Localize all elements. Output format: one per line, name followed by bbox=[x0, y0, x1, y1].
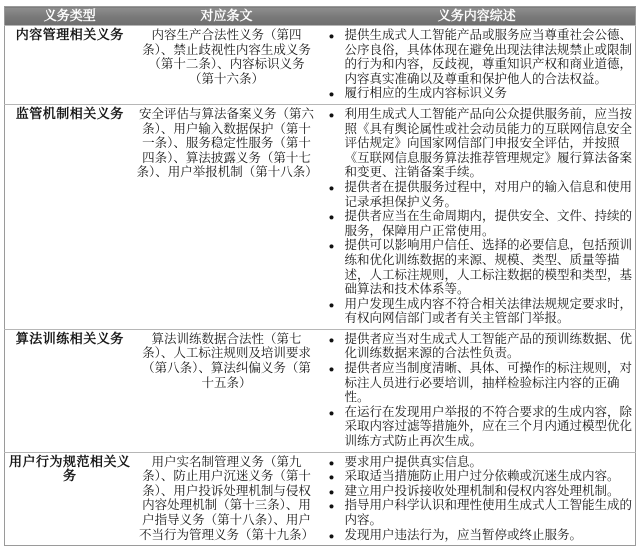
obligations-table-container: 义务类型 对应条文 义务内容综述 内容管理相关义务 内容生产合法性义务（第四条）… bbox=[4, 6, 636, 546]
summary-bullet: 发现用户违法行为，应当暂停或终止服务。 bbox=[319, 528, 633, 543]
summary-bullet: 建立用户投诉接收处理机制和侵权内容处理机制。 bbox=[319, 484, 633, 499]
bullet-text: 要求用户提供真实信息。 bbox=[345, 455, 483, 469]
bullet-icon bbox=[325, 107, 339, 124]
bullet-text: 提供者在提供服务过程中，对用户的输入信息和使用记录承担保护义务。 bbox=[345, 180, 633, 209]
summary-bullet: 在运行在发现用户举报的不符合要求的生成内容，除采取内容过滤等措施外，应在三个月内… bbox=[319, 405, 633, 449]
summary-cell: 利用生成式人工智能产品向公众提供服务前，应当按照《具有舆论属性或社会动员能力的互… bbox=[319, 104, 636, 329]
summary-bullet: 提供可以影响用户信任、选择的必要信息，包括预训练和优化训练数据的来源、规模、类型… bbox=[319, 238, 633, 296]
bullet-text: 发现用户违法行为，应当暂停或终止服务。 bbox=[345, 528, 583, 542]
bullet-icon bbox=[325, 209, 339, 226]
bullet-icon bbox=[325, 238, 339, 255]
summary-cell: 提供生成式人工智能产品或服务应当尊重社会公德、公序良俗，具体体现在避免出现法律法… bbox=[319, 26, 636, 105]
summary-cell: 要求用户提供真实信息。 采取适当措施防止用户过分依赖或沉迷生成内容。 建立用户投… bbox=[319, 452, 636, 546]
bullet-icon bbox=[325, 297, 339, 314]
bullet-text: 采取适当措施防止用户过分依赖或沉迷生成内容。 bbox=[345, 469, 620, 483]
bullet-icon bbox=[325, 528, 339, 545]
bullet-icon bbox=[325, 86, 339, 103]
summary-bullet: 提供者应当在生命周期内，提供安全、文件、持续的服务，保障用户正常使用。 bbox=[319, 209, 633, 238]
table-row: 监管机制相关义务 安全评估与算法备案义务（第六条）、用户输入数据保护（第十一条）… bbox=[5, 104, 636, 329]
column-header-summary: 义务内容综述 bbox=[319, 7, 636, 26]
bullet-text: 提供者应当在生命周期内，提供安全、文件、持续的服务，保障用户正常使用。 bbox=[345, 209, 633, 238]
summary-bullet-list: 要求用户提供真实信息。 采取适当措施防止用户过分依赖或沉迷生成内容。 建立用户投… bbox=[319, 455, 633, 543]
summary-bullet: 利用生成式人工智能产品向公众提供服务前，应当按照《具有舆论属性或社会动员能力的互… bbox=[319, 107, 633, 180]
summary-cell: 提供者应当对生成式人工智能产品的预训练数据、优化训练数据来源的合法性负责。 提供… bbox=[319, 329, 636, 452]
provisions-cell: 算法训练数据合法性（第七条）、人工标注规则及培训要求（第八条）、算法纠偏义务（第… bbox=[135, 329, 319, 452]
summary-bullet: 提供生成式人工智能产品或服务应当尊重社会公德、公序良俗，具体体现在避免出现法律法… bbox=[319, 28, 633, 86]
provisions-cell: 内容生产合法性义务（第四条）、禁止歧视性内容生成义务（第十二条）、内容标识义务（… bbox=[135, 26, 319, 105]
summary-bullet: 履行相应的生成内容标识义务 bbox=[319, 86, 633, 101]
bullet-text: 在运行在发现用户举报的不符合要求的生成内容，除采取内容过滤等措施外，应在三个月内… bbox=[345, 405, 633, 448]
summary-bullet-list: 利用生成式人工智能产品向公众提供服务前，应当按照《具有舆论属性或社会动员能力的互… bbox=[319, 107, 633, 326]
obligation-type-cell: 内容管理相关义务 bbox=[5, 26, 135, 105]
summary-bullet: 提供者应当对生成式人工智能产品的预训练数据、优化训练数据来源的合法性负责。 bbox=[319, 332, 633, 361]
bullet-text: 提供者应当制度清晰、具体、可操作的标注规则，对标注人员进行必要培训，抽样检验标注… bbox=[345, 361, 633, 404]
bullet-icon bbox=[325, 28, 339, 45]
column-header-provisions: 对应条文 bbox=[135, 7, 319, 26]
provisions-cell: 用户实名制管理义务（第九条）、防止用户沉迷义务（第十条）、用户投诉处理机制与侵权… bbox=[135, 452, 319, 546]
provisions-cell: 安全评估与算法备案义务（第六条）、用户输入数据保护（第十一条）、服务稳定性服务（… bbox=[135, 104, 319, 329]
bullet-icon bbox=[325, 405, 339, 422]
bullet-text: 提供可以影响用户信任、选择的必要信息，包括预训练和优化训练数据的来源、规模、类型… bbox=[345, 238, 633, 296]
table-row: 用户行为规范相关义务 用户实名制管理义务（第九条）、防止用户沉迷义务（第十条）、… bbox=[5, 452, 636, 546]
bullet-text: 提供生成式人工智能产品或服务应当尊重社会公德、公序良俗，具体体现在避免出现法律法… bbox=[345, 28, 633, 86]
obligation-type-cell: 用户行为规范相关义务 bbox=[5, 452, 135, 546]
table-header-row: 义务类型 对应条文 义务内容综述 bbox=[5, 7, 636, 26]
bullet-text: 建立用户投诉接收处理机制和侵权内容处理机制。 bbox=[345, 484, 620, 498]
bullet-icon bbox=[325, 361, 339, 378]
summary-bullet: 提供者应当制度清晰、具体、可操作的标注规则，对标注人员进行必要培训，抽样检验标注… bbox=[319, 361, 633, 405]
bullet-icon bbox=[325, 498, 339, 515]
table-row: 内容管理相关义务 内容生产合法性义务（第四条）、禁止歧视性内容生成义务（第十二条… bbox=[5, 26, 636, 105]
summary-bullet: 采取适当措施防止用户过分依赖或沉迷生成内容。 bbox=[319, 469, 633, 484]
bullet-text: 用户发现生成内容不符合相关法律法规规定要求时，有权向网信部门或者有关主管部门举报… bbox=[345, 297, 633, 326]
bullet-icon bbox=[325, 332, 339, 349]
summary-bullet: 用户发现生成内容不符合相关法律法规规定要求时，有权向网信部门或者有关主管部门举报… bbox=[319, 297, 633, 326]
bullet-text: 指导用户科学认识和理性使用生成式人工智能生成的内容。 bbox=[345, 498, 633, 527]
bullet-text: 利用生成式人工智能产品向公众提供服务前，应当按照《具有舆论属性或社会动员能力的互… bbox=[345, 107, 633, 179]
bullet-text: 提供者应当对生成式人工智能产品的预训练数据、优化训练数据来源的合法性负责。 bbox=[345, 332, 633, 361]
column-header-obligation-type: 义务类型 bbox=[5, 7, 135, 26]
bullet-text: 履行相应的生成内容标识义务 bbox=[345, 86, 508, 100]
bullet-icon bbox=[325, 180, 339, 197]
obligation-type-cell: 算法训练相关义务 bbox=[5, 329, 135, 452]
obligation-type-cell: 监管机制相关义务 bbox=[5, 104, 135, 329]
summary-bullet: 指导用户科学认识和理性使用生成式人工智能生成的内容。 bbox=[319, 498, 633, 527]
summary-bullet: 要求用户提供真实信息。 bbox=[319, 455, 633, 470]
summary-bullet-list: 提供生成式人工智能产品或服务应当尊重社会公德、公序良俗，具体体现在避免出现法律法… bbox=[319, 28, 633, 101]
table-row: 算法训练相关义务 算法训练数据合法性（第七条）、人工标注规则及培训要求（第八条）… bbox=[5, 329, 636, 452]
summary-bullet: 提供者在提供服务过程中，对用户的输入信息和使用记录承担保护义务。 bbox=[319, 180, 633, 209]
summary-bullet-list: 提供者应当对生成式人工智能产品的预训练数据、优化训练数据来源的合法性负责。 提供… bbox=[319, 332, 633, 449]
obligations-table: 义务类型 对应条文 义务内容综述 内容管理相关义务 内容生产合法性义务（第四条）… bbox=[4, 6, 636, 546]
